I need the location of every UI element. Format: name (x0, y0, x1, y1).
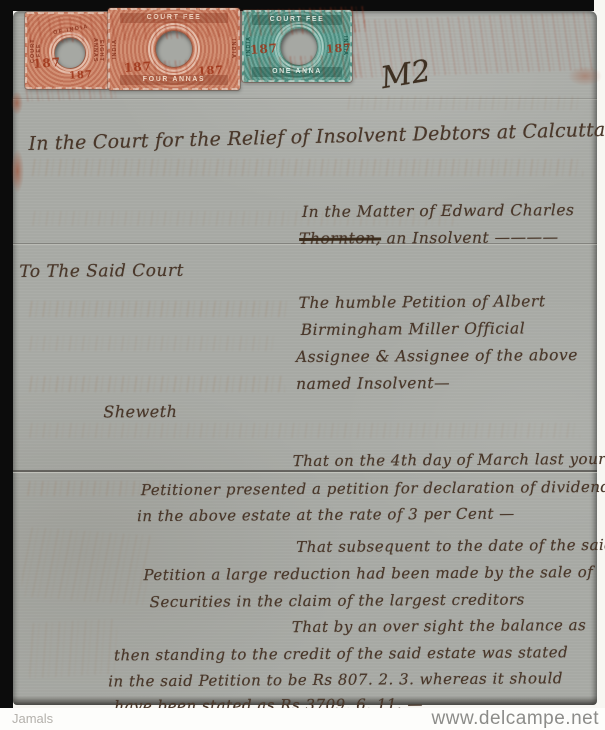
stamp-year-overprint: 187 (326, 41, 353, 56)
stamp-india-label: INDIA (227, 28, 236, 70)
bleed-through-text (27, 619, 120, 679)
stamp-value-label: EIGHT ANNAS (95, 32, 104, 69)
revenue-stamp-eight-annas: COURT FEE EIGHT ANNAS OF INDIA 187 187 (25, 12, 109, 89)
bleed-through-text (28, 159, 583, 176)
stamp-year-overprint: 187 (33, 55, 62, 71)
seller-watermark: Jamals (12, 711, 53, 726)
watermark-bar: Jamals www.delcampe.net (0, 708, 605, 730)
revenue-stamp-four-annas: COURT FEE FOUR ANNAS INDIA INDIA 187 187 (108, 8, 240, 90)
bleed-through-text (21, 527, 151, 606)
photo-frame-left (0, 0, 13, 708)
stamp-india-label: INDIA (112, 28, 121, 70)
bleed-through-text (25, 423, 580, 438)
fold-crease (13, 243, 597, 246)
paper-bottom-edge (13, 696, 597, 705)
stamp-year-overprint: 187 (198, 63, 225, 78)
fold-crease (13, 470, 597, 473)
rust-spot (11, 149, 24, 193)
bleed-through-text (25, 376, 285, 392)
punch-hole (281, 29, 317, 65)
bleed-through-text (25, 301, 290, 317)
punch-hole (156, 31, 192, 67)
stamp-year-overprint: 187 (250, 41, 279, 57)
rust-spot (11, 91, 23, 115)
stamp-year-overprint: 187 (124, 59, 153, 75)
stamp-court-fee-label: COURT FEE (120, 13, 228, 23)
document-paper (13, 11, 597, 705)
revenue-stamp-one-anna: COURT FEE ONE ANNA INDIA INDIA 187 187 (242, 10, 352, 82)
bleed-through-text (23, 481, 163, 496)
bleed-through-text (343, 96, 583, 110)
bleed-through-text (28, 211, 458, 226)
fold-crease (13, 98, 597, 101)
rust-spot (568, 66, 602, 86)
site-watermark: www.delcampe.net (432, 708, 599, 730)
bleed-through-text (25, 336, 275, 351)
stamp-year-overprint: 187 (69, 69, 94, 82)
